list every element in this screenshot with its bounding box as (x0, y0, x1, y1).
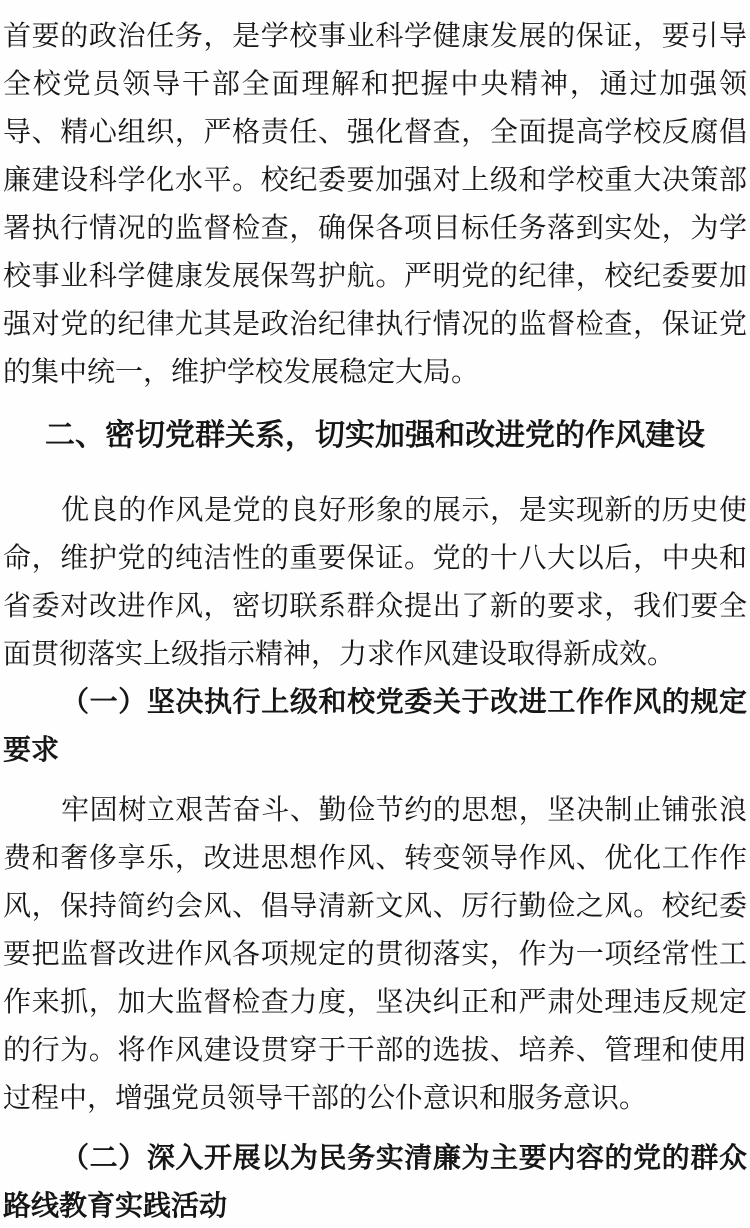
text-line: 费和奢侈享乐，改进思想作风、转变领导作风、优化工作作 (3, 834, 747, 882)
text-line: 导、精心组织，严格责任、强化督查，全面提高学校反腐倡 (3, 108, 747, 156)
text-line: 过程中，增强党员领导干部的公仆意识和服务意识。 (3, 1074, 747, 1122)
text-line: 首要的政治任务，是学校事业科学健康发展的保证，要引导 (3, 12, 747, 60)
text-line: 作来抓，加大监督检查力度，坚决纠正和严肃处理违反规定 (3, 978, 747, 1026)
text-line: 全校党员领导干部全面理解和把握中央精神，通过加强领 (3, 60, 747, 108)
text-line: 强对党的纪律尤其是政治纪律执行情况的监督检查，保证党 (3, 300, 747, 348)
text-line: 校事业科学健康发展保驾护航。严明党的纪律，校纪委要加 (3, 252, 747, 300)
subheading-line: （一）坚决执行上级和校党委关于改进工作作风的规定 (3, 678, 747, 726)
document-page: 首要的政治任务，是学校事业科学健康发展的保证，要引导 全校党员领导干部全面理解和… (0, 0, 750, 1228)
text-line: 面贯彻落实上级指示精神，力求作风建设取得新成效。 (3, 630, 747, 678)
section-heading: 二、密切党群关系，切实加强和改进党的作风建设 (3, 412, 747, 460)
text-line: 署执行情况的监督检查，确保各项目标任务落到实处，为学 (3, 204, 747, 252)
text-line: 要把监督改进作风各项规定的贯彻落实，作为一项经常性工 (3, 930, 747, 978)
subheading-line: 要求 (3, 726, 747, 774)
subheading-line: 路线教育实践活动 (3, 1182, 747, 1228)
subheading-item-1: （一）坚决执行上级和校党委关于改进工作作风的规定 要求 (3, 678, 747, 774)
text-line: 风，保持简约会风、倡导清新文风、厉行勤俭之风。校纪委 (3, 882, 747, 930)
text-line: 牢固树立艰苦奋斗、勤俭节约的思想，坚决制止铺张浪 (3, 786, 747, 834)
text-line: 省委对改进作风，密切联系群众提出了新的要求，我们要全 (3, 582, 747, 630)
text-line: 优良的作风是党的良好形象的展示，是实现新的历史使 (3, 486, 747, 534)
subheading-line: （二）深入开展以为民务实清廉为主要内容的党的群众 (3, 1134, 747, 1182)
paragraph-conduct: 牢固树立艰苦奋斗、勤俭节约的思想，坚决制止铺张浪 费和奢侈享乐，改进思想作风、转… (3, 786, 747, 1122)
text-line: 命，维护党的纯洁性的重要保证。党的十八大以后，中央和 (3, 534, 747, 582)
text-line: 的集中统一，维护学校发展稳定大局。 (3, 348, 747, 396)
text-line: 廉建设科学化水平。校纪委要加强对上级和学校重大决策部 (3, 156, 747, 204)
text-line: 的行为。将作风建设贯穿于干部的选拔、培养、管理和使用 (3, 1026, 747, 1074)
paragraph-work-style: 优良的作风是党的良好形象的展示，是实现新的历史使 命，维护党的纯洁性的重要保证。… (3, 486, 747, 678)
paragraph-continuation: 首要的政治任务，是学校事业科学健康发展的保证，要引导 全校党员领导干部全面理解和… (3, 12, 747, 396)
subheading-item-2: （二）深入开展以为民务实清廉为主要内容的党的群众 路线教育实践活动 (3, 1134, 747, 1228)
